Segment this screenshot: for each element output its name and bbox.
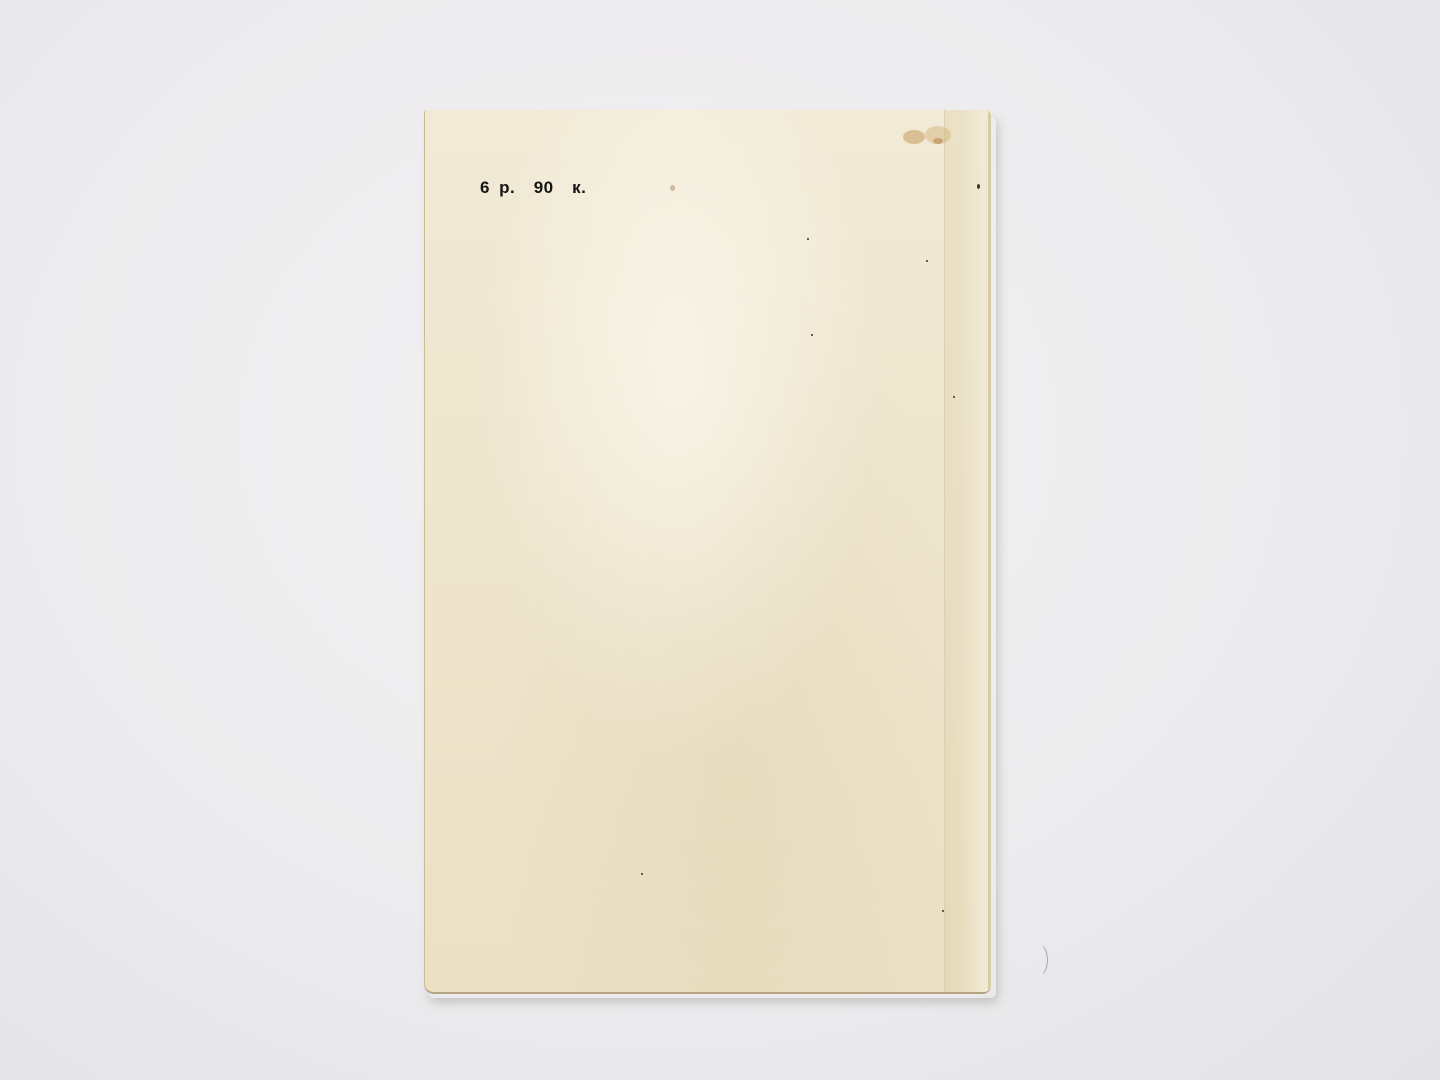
speck	[977, 184, 980, 189]
speck	[807, 238, 809, 240]
price-label: 6 р. 90 к.	[480, 178, 586, 198]
age-stain	[903, 130, 925, 144]
age-stain	[670, 185, 675, 191]
book-back-cover: 6 р. 90 к.	[424, 110, 991, 994]
age-stain	[933, 138, 943, 144]
speck	[641, 873, 643, 875]
speck	[926, 260, 928, 262]
stray-hair	[1025, 942, 1048, 978]
book-spine-strip	[944, 110, 991, 992]
speck	[942, 910, 944, 912]
speck	[811, 334, 813, 336]
book-spine-edge	[988, 110, 991, 992]
speck	[953, 396, 955, 398]
